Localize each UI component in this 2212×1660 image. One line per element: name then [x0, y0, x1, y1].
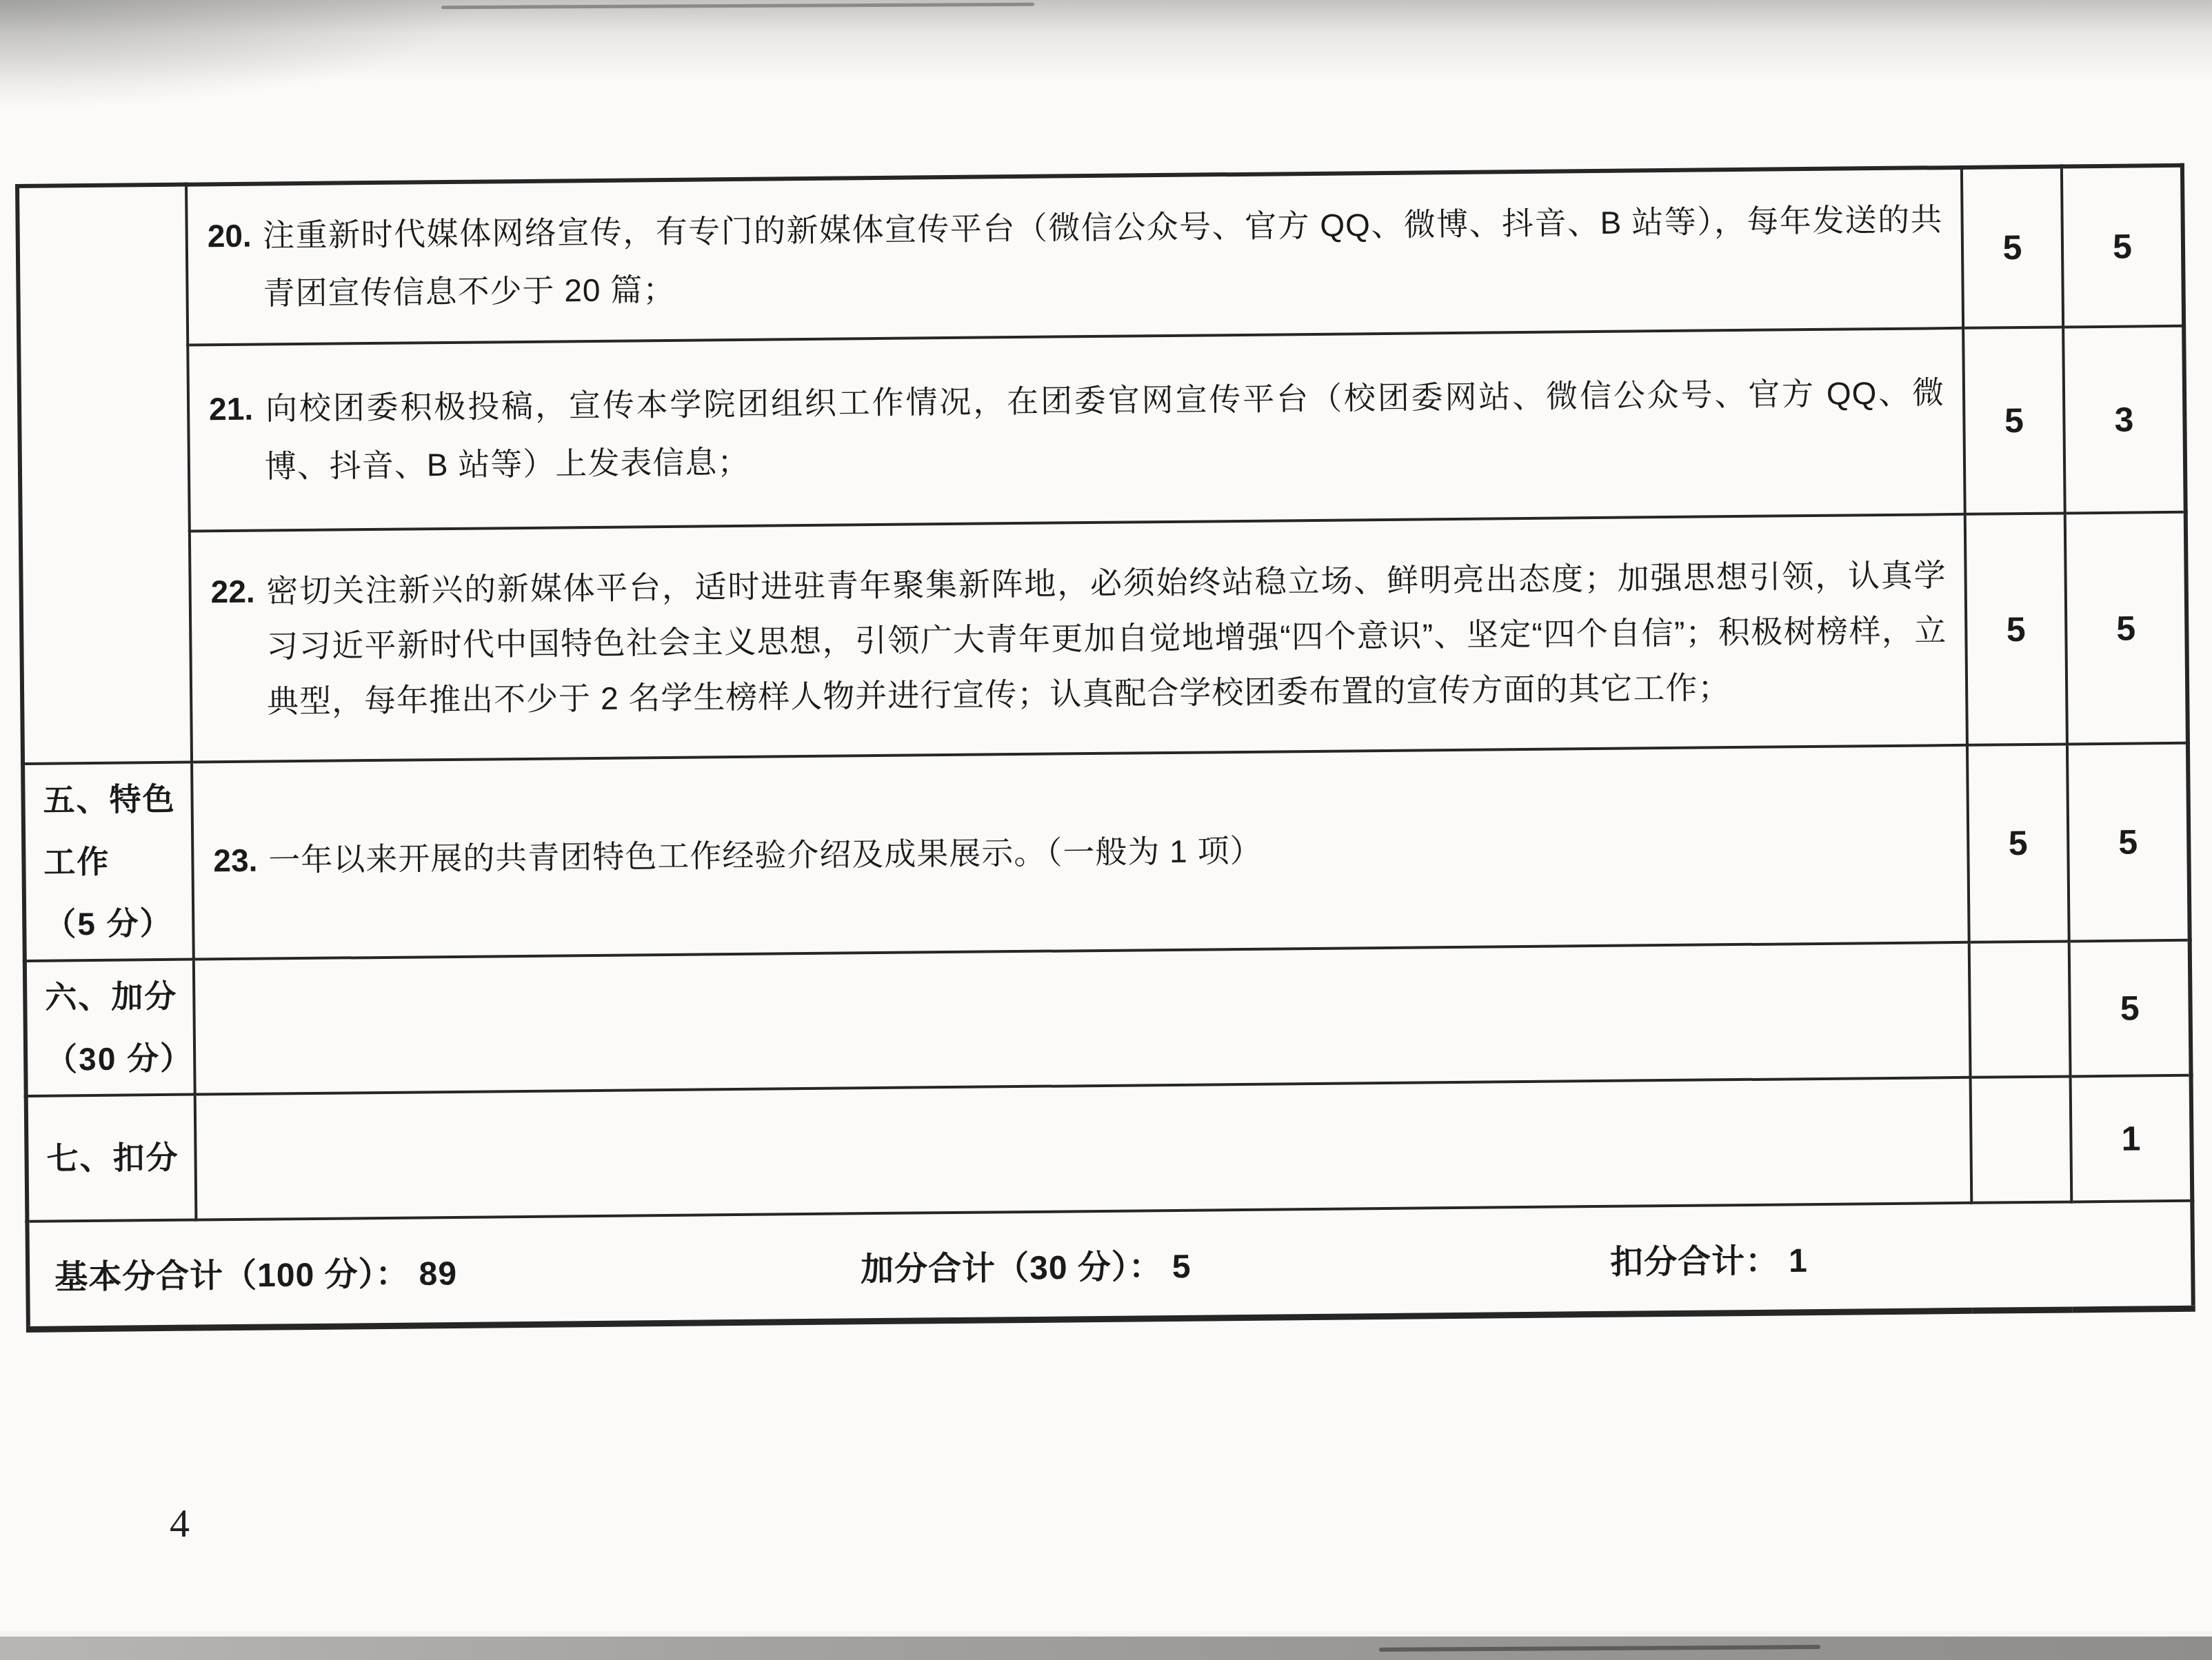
item-20-text: 20.注重新时代媒体网络宣传，有专门的新媒体宣传平台（微信公众号、官方 QQ、微… [207, 190, 1943, 323]
item-23-full-score: 5 [1967, 744, 2069, 942]
deduction-score: 1 [2071, 1075, 2193, 1202]
evaluation-table: 20.注重新时代媒体网络宣传，有专门的新媒体宣传平台（微信公众号、官方 QQ、微… [15, 163, 2195, 1333]
category-cell-five: 五、特色 工作 （5 分） [23, 762, 194, 961]
item-21-full-score: 5 [1963, 327, 2065, 514]
scan-corner-vignette [0, 0, 483, 110]
item-21-number: 21. [209, 380, 265, 438]
table-row-item-20: 20.注重新时代媒体网络宣传，有专门的新媒体宣传平台（微信公众号、官方 QQ、微… [17, 165, 2184, 347]
table-row-item-21: 21.向校团委积极投稿，宣传本学院团组织工作情况，在团委官网宣传平台（校团委网站… [19, 326, 2185, 533]
category-five-line2: 工作 [43, 830, 185, 893]
bonus-total: 加分合计（30 分）：5 [861, 1239, 1192, 1290]
bonus-empty-cell [194, 942, 1971, 1095]
item-23-cell: 23.一年以来开展的共青团特色工作经验介绍及成果展示。（一般为 1 项） [192, 745, 1969, 960]
category-six-line1: 六、加分 [45, 965, 186, 1029]
deduction-total: 扣分合计：1 [1610, 1234, 1808, 1284]
item-20-body: 注重新时代媒体网络宣传，有专门的新媒体宣传平台（微信公众号、官方 QQ、微博、抖… [262, 201, 1942, 311]
base-total: 基本分合计（100 分）：89 [54, 1246, 457, 1298]
item-20-number: 20. [207, 207, 263, 265]
item-21-text: 21.向校团委积极投稿，宣传本学院团组织工作情况，在团委官网宣传平台（校团委网站… [209, 363, 1945, 496]
item-21-cell: 21.向校团委积极投稿，宣传本学院团组织工作情况，在团委官网宣传平台（校团委网站… [188, 328, 1964, 532]
category-cell-empty [17, 185, 192, 764]
item-20-cell: 20.注重新时代媒体网络宣传，有专门的新媒体宣传平台（微信公众号、官方 QQ、微… [186, 168, 1963, 345]
table-row-deduction: 七、扣分 1 [26, 1075, 2193, 1222]
item-22-number: 22. [210, 563, 266, 619]
totals-cell: 基本分合计（100 分）：89 加分合计（30 分）：5 扣分合计：1 [27, 1201, 2193, 1330]
category-six-line2: （30 分） [46, 1027, 187, 1091]
category-five-line1: 五、特色 [43, 768, 184, 831]
page-number: 4 [170, 1500, 190, 1546]
table-row-item-23: 五、特色 工作 （5 分） 23.一年以来开展的共青团特色工作经验介绍及成果展示… [23, 743, 2190, 961]
scan-top-shadow [0, 0, 2212, 83]
item-22-body: 密切关注新兴的新媒体平台，适时进驻青年聚集新阵地，必须始终站稳立场、鲜明亮出态度… [265, 557, 1947, 719]
item-21-score: 3 [2063, 326, 2186, 514]
category-five-line3: （5 分） [44, 892, 185, 955]
scan-top-edge-artifact [441, 3, 1034, 10]
item-23-number: 23. [213, 831, 269, 890]
table-row-totals: 基本分合计（100 分）：89 加分合计（30 分）：5 扣分合计：1 [27, 1201, 2193, 1330]
base-total-label: 基本分合计（100 分）： [54, 1256, 410, 1296]
bonus-full-score-empty [1969, 941, 2071, 1077]
item-22-full-score: 5 [1965, 513, 2067, 745]
deduction-full-score-empty [1971, 1076, 2072, 1202]
deduction-total-value: 1 [1789, 1243, 1808, 1279]
item-22-cell: 22.密切关注新兴的新媒体平台，适时进驻青年聚集新阵地，必须始终站稳立场、鲜明亮… [190, 514, 1967, 762]
item-23-score: 5 [2067, 743, 2190, 942]
scan-bottom-gap [0, 1631, 2212, 1637]
category-seven-line1: 七、扣分 [46, 1126, 188, 1190]
bonus-total-label: 加分合计（30 分）： [861, 1249, 1163, 1288]
item-20-score: 5 [2062, 165, 2184, 327]
item-23-text: 23.一年以来开展的共青团特色工作经验介绍及成果展示。（一般为 1 项） [213, 815, 1949, 889]
item-22-text: 22.密切关注新兴的新媒体平台，适时进驻青年聚集新阵地，必须始终站稳立场、鲜明亮… [210, 547, 1947, 729]
deduction-total-label: 扣分合计： [1610, 1243, 1780, 1281]
bonus-score: 5 [2069, 940, 2191, 1077]
base-total-value: 89 [419, 1255, 457, 1293]
item-21-body: 向校团委积极投稿，宣传本学院团组织工作情况，在团委官网宣传平台（校团委网站、微信… [264, 374, 1944, 484]
category-cell-six: 六、加分 （30 分） [25, 960, 195, 1096]
table-row-item-22: 22.密切关注新兴的新媒体平台，适时进驻青年聚集新阵地，必须始终站稳立场、鲜明亮… [21, 512, 2188, 764]
scan-bottom-edge [0, 1637, 2212, 1660]
item-22-score: 5 [2065, 512, 2188, 745]
category-cell-seven: 七、扣分 [26, 1095, 197, 1222]
table-row-bonus: 六、加分 （30 分） 5 [25, 940, 2191, 1096]
deduction-empty-cell [195, 1077, 1972, 1220]
item-23-body: 一年以来开展的共青团特色工作经验介绍及成果展示。（一般为 1 项） [268, 833, 1263, 878]
bonus-total-value: 5 [1172, 1248, 1192, 1285]
item-20-full-score: 5 [1962, 167, 2063, 328]
